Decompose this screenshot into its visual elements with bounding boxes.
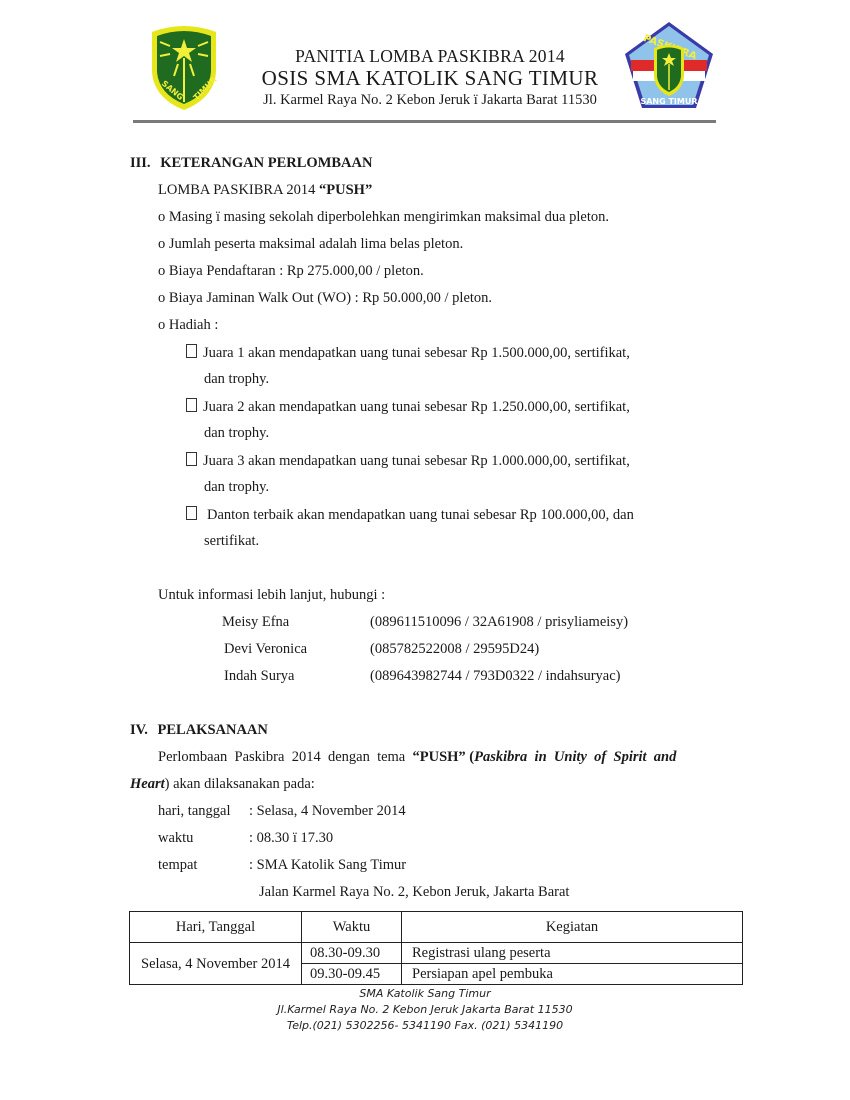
prize-item: Danton terbaik akan mendapatkan uang tun… bbox=[186, 506, 634, 524]
table-row: Selasa, 4 November 2014 08.30-09.30 Regi… bbox=[130, 943, 743, 964]
prize-item-cont: dan trophy. bbox=[204, 479, 269, 496]
detail-label: waktu bbox=[158, 830, 193, 847]
column-header: Hari, Tanggal bbox=[130, 912, 302, 943]
contact-info: (085782522008 / 29595D24) bbox=[370, 641, 539, 658]
table-cell-day: Selasa, 4 November 2014 bbox=[130, 943, 302, 985]
checkbox-bullet-icon bbox=[186, 344, 197, 358]
competition-subtitle: LOMBA PASKIBRA 2014 “PUSH” bbox=[158, 182, 372, 199]
event-intro: Perlombaan Paskibra 2014 dengan tema “PU… bbox=[158, 749, 676, 766]
table-cell-activity: Persiapan apel pembuka bbox=[402, 964, 743, 985]
table-header-row: Hari, Tanggal Waktu Kegiatan bbox=[130, 912, 743, 943]
contact-name: Indah Surya bbox=[224, 668, 294, 685]
letterhead-address: Jl. Karmel Raya No. 2 Kebon Jeruk ï Jaka… bbox=[0, 92, 850, 109]
contact-info: (089611510096 / 32A61908 / prisyliameisy… bbox=[370, 614, 628, 631]
table-cell-time: 09.30-09.45 bbox=[302, 964, 402, 985]
section-4-heading: IV. PELAKSANAAN bbox=[130, 722, 268, 739]
table-cell-time: 08.30-09.30 bbox=[302, 943, 402, 964]
prize-item: Juara 2 akan mendapatkan uang tunai sebe… bbox=[186, 398, 630, 416]
column-header: Kegiatan bbox=[402, 912, 743, 943]
prize-item-cont: dan trophy. bbox=[204, 425, 269, 442]
rule-item: o Jumlah peserta maksimal adalah lima be… bbox=[158, 236, 463, 253]
detail-label: tempat bbox=[158, 857, 197, 874]
footer-address: Jl.Karmel Raya No. 2 Kebon Jeruk Jakarta… bbox=[0, 1003, 850, 1016]
rule-item: o Hadiah : bbox=[158, 317, 218, 334]
footer-phone: Telp.(021) 5302256- 5341190 Fax. (021) 5… bbox=[0, 1019, 850, 1032]
schedule-table: Hari, Tanggal Waktu Kegiatan Selasa, 4 N… bbox=[129, 911, 743, 985]
contact-name: Devi Veronica bbox=[224, 641, 307, 658]
contact-intro: Untuk informasi lebih lanjut, hubungi : bbox=[158, 587, 385, 604]
contact-info: (089643982744 / 793D0322 / indahsuryac) bbox=[370, 668, 621, 685]
rule-item: o Biaya Jaminan Walk Out (WO) : Rp 50.00… bbox=[158, 290, 492, 307]
venue-address: Jalan Karmel Raya No. 2, Kebon Jeruk, Ja… bbox=[259, 884, 569, 901]
detail-label: hari, tanggal bbox=[158, 803, 230, 820]
prize-item: Juara 1 akan mendapatkan uang tunai sebe… bbox=[186, 344, 630, 362]
checkbox-bullet-icon bbox=[186, 398, 197, 412]
rule-item: o Masing ï masing sekolah diperbolehkan … bbox=[158, 209, 609, 226]
prize-item-cont: dan trophy. bbox=[204, 371, 269, 388]
table-cell-activity: Registrasi ulang peserta bbox=[402, 943, 743, 964]
detail-value: : SMA Katolik Sang Timur bbox=[249, 857, 406, 874]
event-intro-cont: Heart) akan dilaksanakan pada: bbox=[130, 776, 315, 793]
header-divider bbox=[133, 120, 716, 123]
prize-item-cont: sertifikat. bbox=[204, 533, 259, 550]
prize-item: Juara 3 akan mendapatkan uang tunai sebe… bbox=[186, 452, 630, 470]
section-3-heading: III. KETERANGAN PERLOMBAAN bbox=[130, 155, 372, 172]
checkbox-bullet-icon bbox=[186, 452, 197, 466]
rule-item: o Biaya Pendaftaran : Rp 275.000,00 / pl… bbox=[158, 263, 424, 280]
detail-value: : 08.30 ï 17.30 bbox=[249, 830, 333, 847]
letterhead-committee: PANITIA LOMBA PASKIBRA 2014 bbox=[0, 46, 850, 67]
column-header: Waktu bbox=[302, 912, 402, 943]
letterhead-organization: OSIS SMA KATOLIK SANG TIMUR bbox=[0, 66, 850, 91]
detail-value: : Selasa, 4 November 2014 bbox=[249, 803, 406, 820]
checkbox-bullet-icon bbox=[186, 506, 197, 520]
footer-school: SMA Katolik Sang Timur bbox=[0, 987, 850, 1000]
contact-name: Meisy Efna bbox=[222, 614, 289, 631]
